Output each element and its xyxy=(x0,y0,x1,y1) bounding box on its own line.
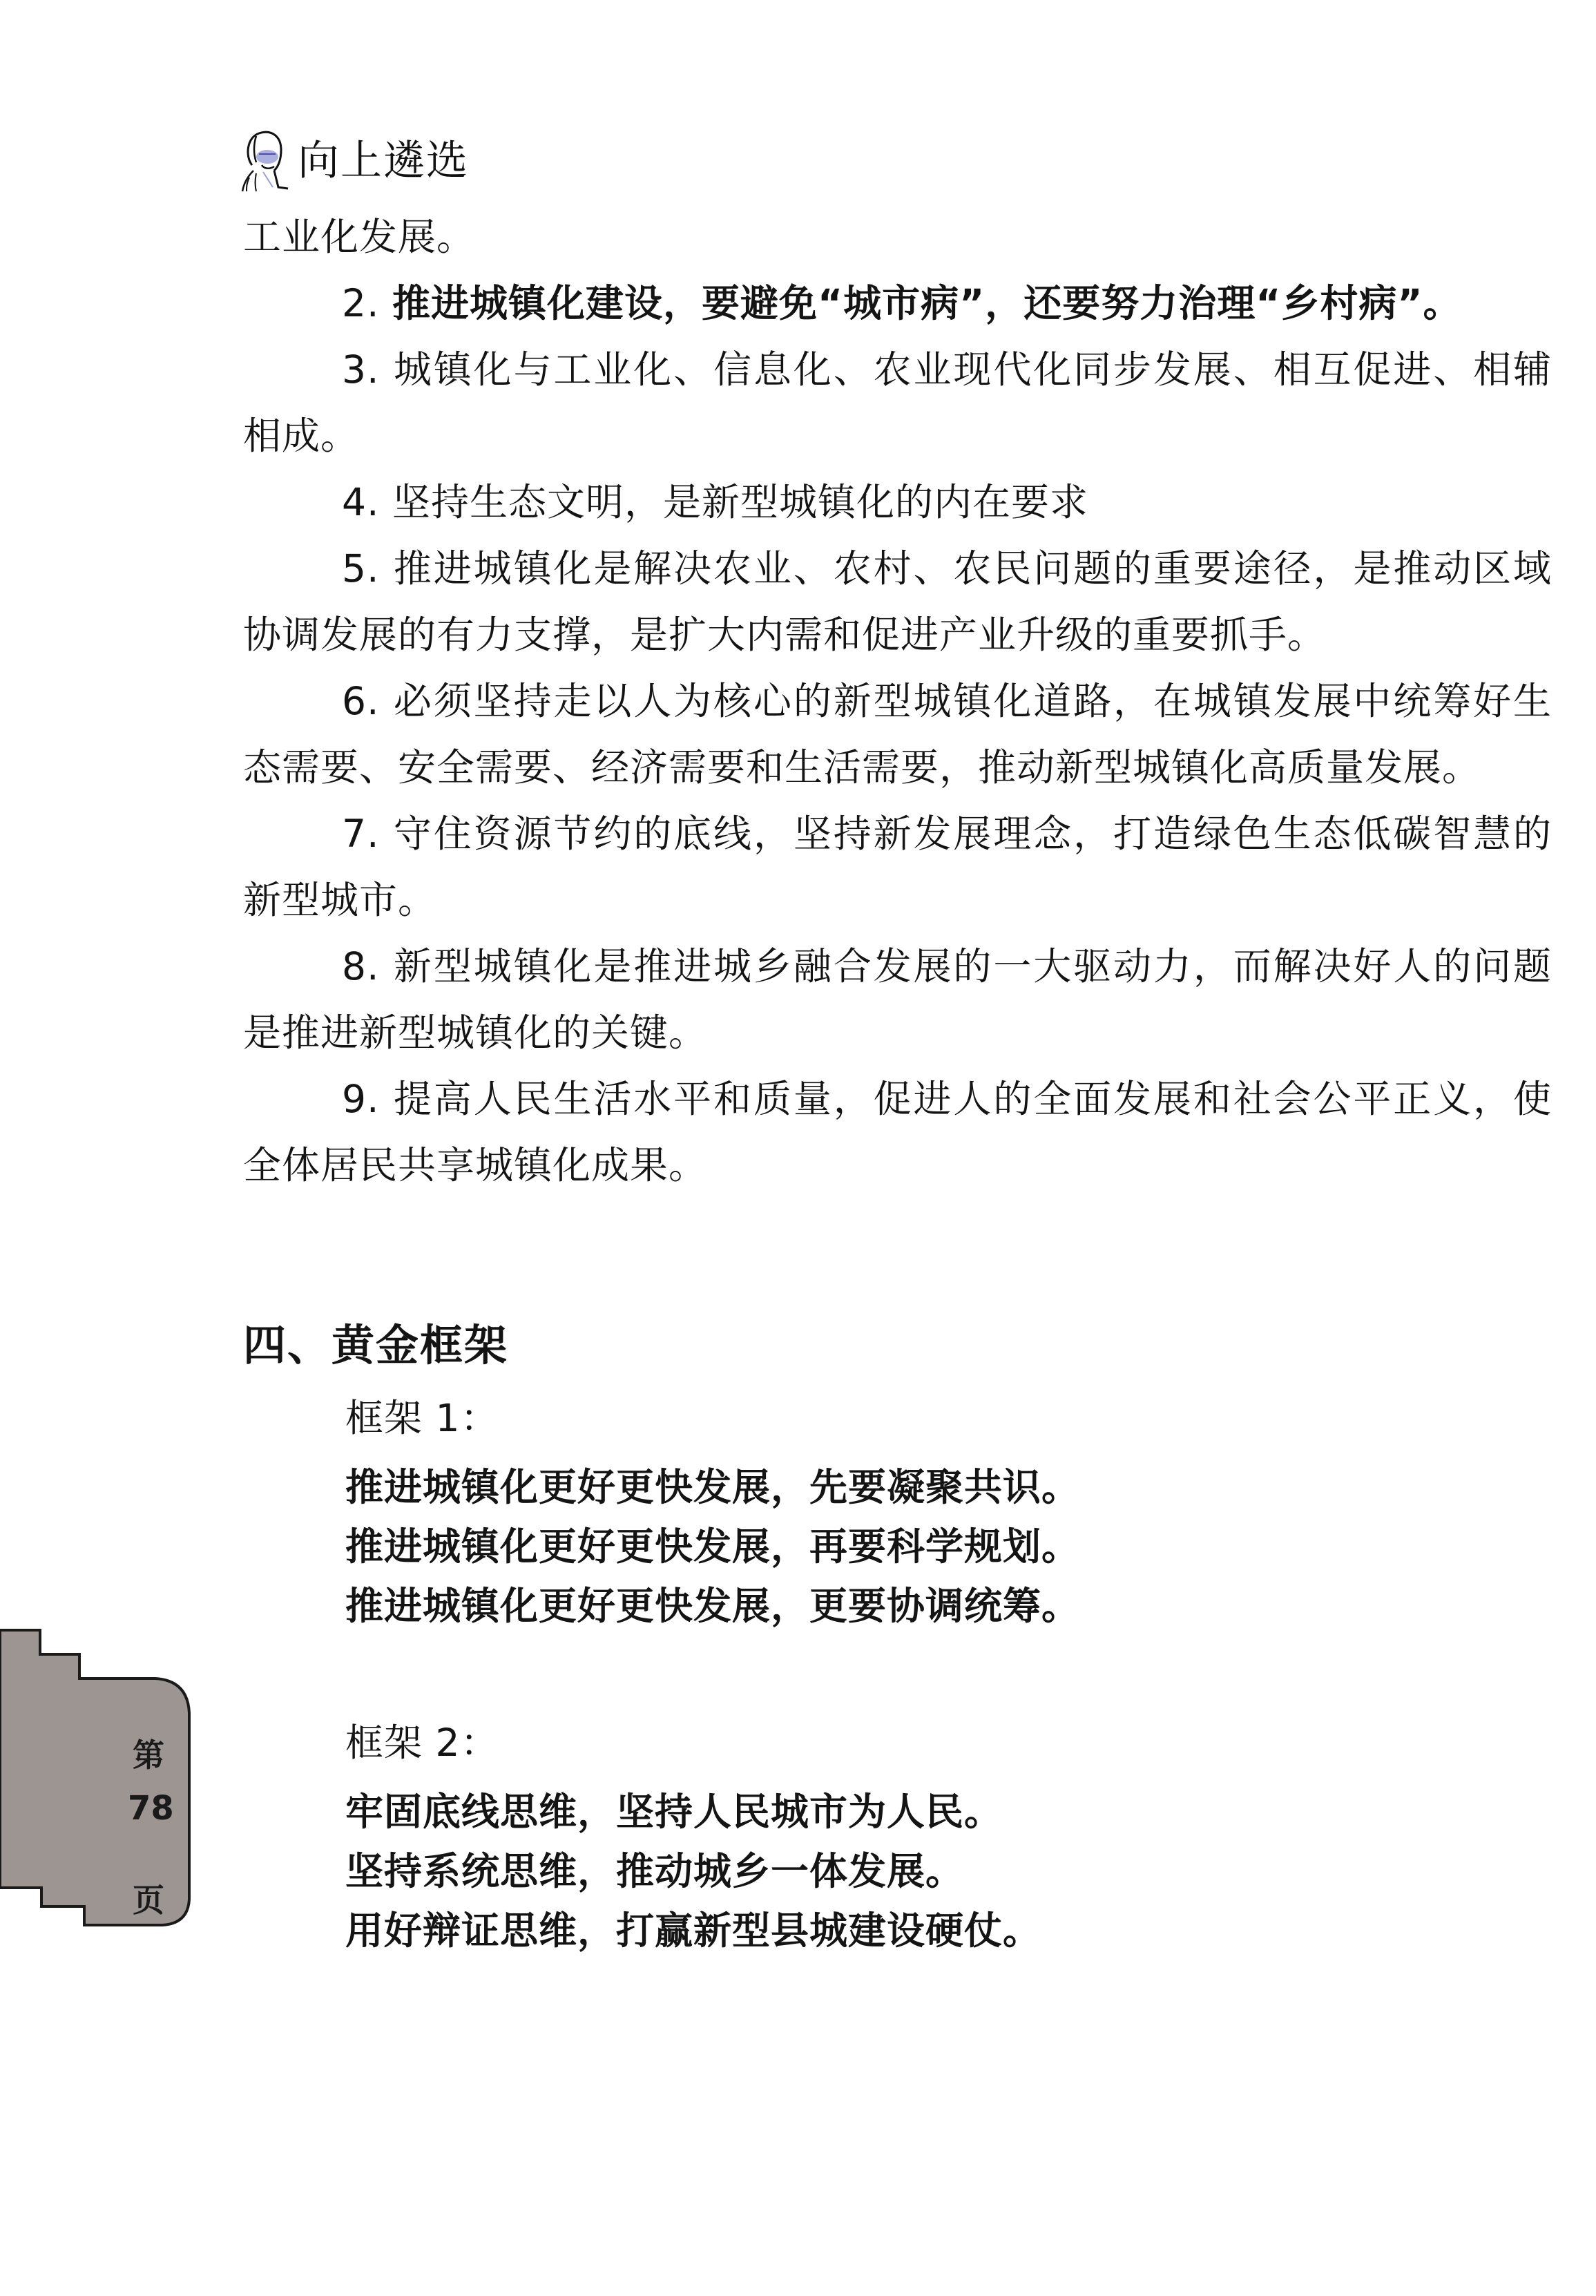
item-number: 3. xyxy=(342,347,379,392)
list-item-7: 7. 守住资源节约的底线，坚持新发展理念，打造绿色生态低碳智慧的新型城市。 xyxy=(243,801,1552,933)
item-text: 推进城镇化是解决农业、农村、农民问题的重要途径，是推动区域协调发展的有力支撑，是… xyxy=(243,546,1552,657)
framework-line: 用好辩证思维，打赢新型县城建设硬仗。 xyxy=(345,1901,1041,1960)
list-item-3: 3. 城镇化与工业化、信息化、农业现代化同步发展、相互促进、相辅相成。 xyxy=(243,336,1552,469)
item-text: 城镇化与工业化、信息化、农业现代化同步发展、相互促进、相辅相成。 xyxy=(243,347,1552,458)
item-text: 新型城镇化是推进城乡融合发展的一大驱动力，而解决好人的问题是推进新型城镇化的关键… xyxy=(243,944,1552,1055)
framework-line: 推进城镇化更好更快发展，再要科学规划。 xyxy=(345,1517,1080,1576)
framework-title: 框架 1： xyxy=(345,1388,1080,1448)
framework-line: 推进城镇化更好更快发展，先要凝聚共识。 xyxy=(345,1457,1080,1517)
list-item-4: 4. 坚持生态文明，是新型城镇化的内在要求 xyxy=(243,469,1552,535)
item-number: 4. xyxy=(342,480,379,524)
sketch-portrait-icon xyxy=(238,129,292,193)
section-heading: 四、黄金框架 xyxy=(243,1312,508,1379)
framework-line: 坚持系统思维，推动城乡一体发展。 xyxy=(345,1841,1041,1901)
page-header: 向上遴选 xyxy=(238,126,469,195)
item-text: 守住资源节约的底线，坚持新发展理念，打造绿色生态低碳智慧的新型城市。 xyxy=(243,812,1552,922)
body-content: 工业化发展。 2. 推进城镇化建设，要避免“城市病”，还要努力治理“乡村病”。 … xyxy=(243,204,1552,1198)
page-number-tab: 第 78 页 xyxy=(0,1627,200,1931)
item-number: 8. xyxy=(342,944,379,988)
item-number: 5. xyxy=(342,546,379,591)
framework-line: 牢固底线思维，坚持人民城市为人民。 xyxy=(345,1782,1041,1841)
page-suffix: 页 xyxy=(128,1875,169,1921)
continuation-text: 工业化发展。 xyxy=(243,204,1552,270)
item-text: 提高人民生活水平和质量，促进人的全面发展和社会公平正义，使全体居民共享城镇化成果… xyxy=(243,1077,1552,1187)
item-number: 2. xyxy=(342,281,379,325)
page-number: 78 xyxy=(128,1789,169,1828)
list-item-9: 9. 提高人民生活水平和质量，促进人的全面发展和社会公平正义，使全体居民共享城镇… xyxy=(243,1066,1552,1198)
item-number: 9. xyxy=(342,1077,379,1121)
brand-title: 向上遴选 xyxy=(298,140,469,182)
framework-2: 框架 2： 牢固底线思维，坚持人民城市为人民。 坚持系统思维，推动城乡一体发展。… xyxy=(345,1713,1041,1960)
page-tab-shape xyxy=(0,1627,200,1931)
list-item-8: 8. 新型城镇化是推进城乡融合发展的一大驱动力，而解决好人的问题是推进新型城镇化… xyxy=(243,933,1552,1066)
list-item-6: 6. 必须坚持走以人为核心的新型城镇化道路，在城镇发展中统筹好生态需要、安全需要… xyxy=(243,668,1552,801)
item-number: 6. xyxy=(342,679,379,723)
framework-line: 推进城镇化更好更快发展，更要协调统筹。 xyxy=(345,1576,1080,1636)
list-item-5: 5. 推进城镇化是解决农业、农村、农民问题的重要途径，是推动区域协调发展的有力支… xyxy=(243,535,1552,668)
page-prefix: 第 xyxy=(128,1730,169,1776)
item-text: 坚持生态文明，是新型城镇化的内在要求 xyxy=(392,480,1088,524)
item-text: 必须坚持走以人为核心的新型城镇化道路，在城镇发展中统筹好生态需要、安全需要、经济… xyxy=(243,679,1552,790)
framework-1: 框架 1： 推进城镇化更好更快发展，先要凝聚共识。 推进城镇化更好更快发展，再要… xyxy=(345,1388,1080,1636)
item-text: 推进城镇化建设，要避免“城市病”，还要努力治理“乡村病”。 xyxy=(392,281,1462,325)
list-item-2: 2. 推进城镇化建设，要避免“城市病”，还要努力治理“乡村病”。 xyxy=(243,270,1552,336)
item-number: 7. xyxy=(342,812,379,856)
framework-title: 框架 2： xyxy=(345,1713,1041,1772)
